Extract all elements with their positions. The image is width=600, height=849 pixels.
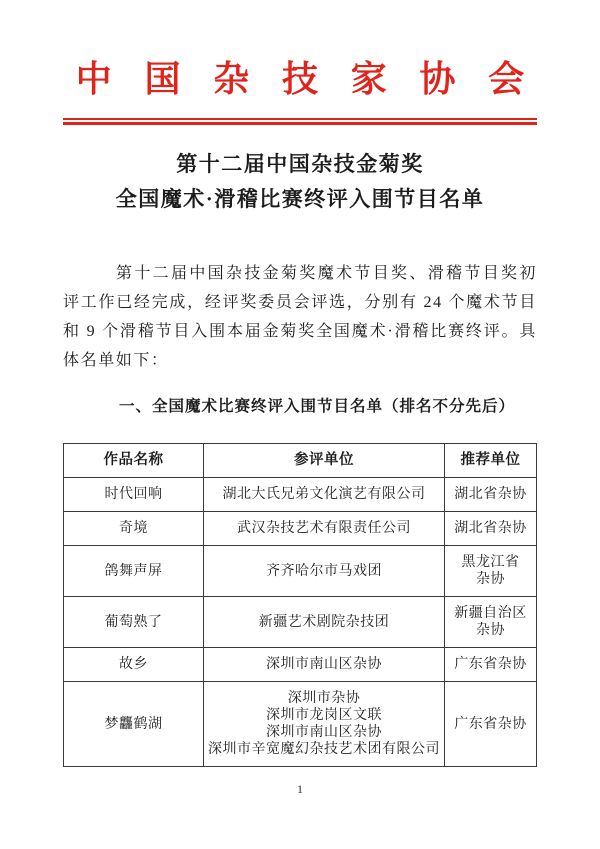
col-header-work-name: 作品名称 bbox=[64, 444, 204, 478]
cell-recommending-unit: 湖北省杂协 bbox=[445, 478, 537, 512]
table-row: 葡萄熟了 新疆艺术剧院杂技团 新疆自治区 杂协 bbox=[64, 597, 537, 648]
cell-recommending-unit: 黑龙江省 杂协 bbox=[445, 546, 537, 597]
intro-paragraph: 第十二届中国杂技金菊奖魔术节目奖、滑稽节目奖初评工作已经完成，经评奖委员会评选，… bbox=[63, 259, 537, 375]
table-row: 时代回响 湖北大氏兄弟文化演艺有限公司 湖北省杂协 bbox=[64, 478, 537, 512]
finalists-table: 作品名称 参评单位 推荐单位 时代回响 湖北大氏兄弟文化演艺有限公司 湖北省杂协… bbox=[63, 443, 537, 767]
cell-participating-unit: 深圳市南山区杂协 bbox=[204, 648, 445, 682]
letterhead: 中 国 杂 技 家 协 会 bbox=[63, 56, 537, 125]
col-header-participating-unit: 参评单位 bbox=[204, 444, 445, 478]
cell-recommending-unit: 湖北省杂协 bbox=[445, 512, 537, 546]
cell-work-name: 鸽舞声屏 bbox=[64, 546, 204, 597]
table-header-row: 作品名称 参评单位 推荐单位 bbox=[64, 444, 537, 478]
cell-participating-unit: 湖北大氏兄弟文化演艺有限公司 bbox=[204, 478, 445, 512]
col-header-recommending-unit: 推荐单位 bbox=[445, 444, 537, 478]
cell-work-name: 梦龘鹤湖 bbox=[64, 682, 204, 767]
divider-line-bottom bbox=[63, 122, 537, 125]
document-page: 中 国 杂 技 家 协 会 第十二届中国杂技金菊奖 全国魔术·滑稽比赛终评入围节… bbox=[0, 0, 600, 849]
cell-participating-unit: 深圳市杂协 深圳市龙岗区文联 深圳市南山区杂协 深圳市辛宽魔幻杂技艺术团有限公司 bbox=[204, 682, 445, 767]
table-row: 梦龘鹤湖 深圳市杂协 深圳市龙岗区文联 深圳市南山区杂协 深圳市辛宽魔幻杂技艺术… bbox=[64, 682, 537, 767]
cell-participating-unit: 齐齐哈尔市马戏团 bbox=[204, 546, 445, 597]
letterhead-org-name: 中 国 杂 技 家 协 会 bbox=[63, 56, 537, 102]
cell-recommending-unit: 新疆自治区 杂协 bbox=[445, 597, 537, 648]
cell-participating-unit: 新疆艺术剧院杂技团 bbox=[204, 597, 445, 648]
cell-work-name: 故乡 bbox=[64, 648, 204, 682]
table-row: 故乡 深圳市南山区杂协 广东省杂协 bbox=[64, 648, 537, 682]
cell-recommending-unit: 广东省杂协 bbox=[445, 682, 537, 767]
table-row: 鸽舞声屏 齐齐哈尔市马戏团 黑龙江省 杂协 bbox=[64, 546, 537, 597]
cell-work-name: 奇境 bbox=[64, 512, 204, 546]
table-row: 奇境 武汉杂技艺术有限责任公司 湖北省杂协 bbox=[64, 512, 537, 546]
cell-participating-unit: 武汉杂技艺术有限责任公司 bbox=[204, 512, 445, 546]
section-heading: 一、全国魔术比赛终评入围节目名单（排名不分先后） bbox=[63, 395, 537, 419]
doc-title: 第十二届中国杂技金菊奖 全国魔术·滑稽比赛终评入围节目名单 bbox=[63, 147, 537, 217]
page-number: 1 bbox=[0, 782, 600, 797]
letterhead-divider bbox=[63, 118, 537, 125]
cell-work-name: 时代回响 bbox=[64, 478, 204, 512]
cell-work-name: 葡萄熟了 bbox=[64, 597, 204, 648]
cell-recommending-unit: 广东省杂协 bbox=[445, 648, 537, 682]
doc-title-line-1: 第十二届中国杂技金菊奖 bbox=[63, 147, 537, 182]
doc-title-line-2: 全国魔术·滑稽比赛终评入围节目名单 bbox=[63, 182, 537, 217]
